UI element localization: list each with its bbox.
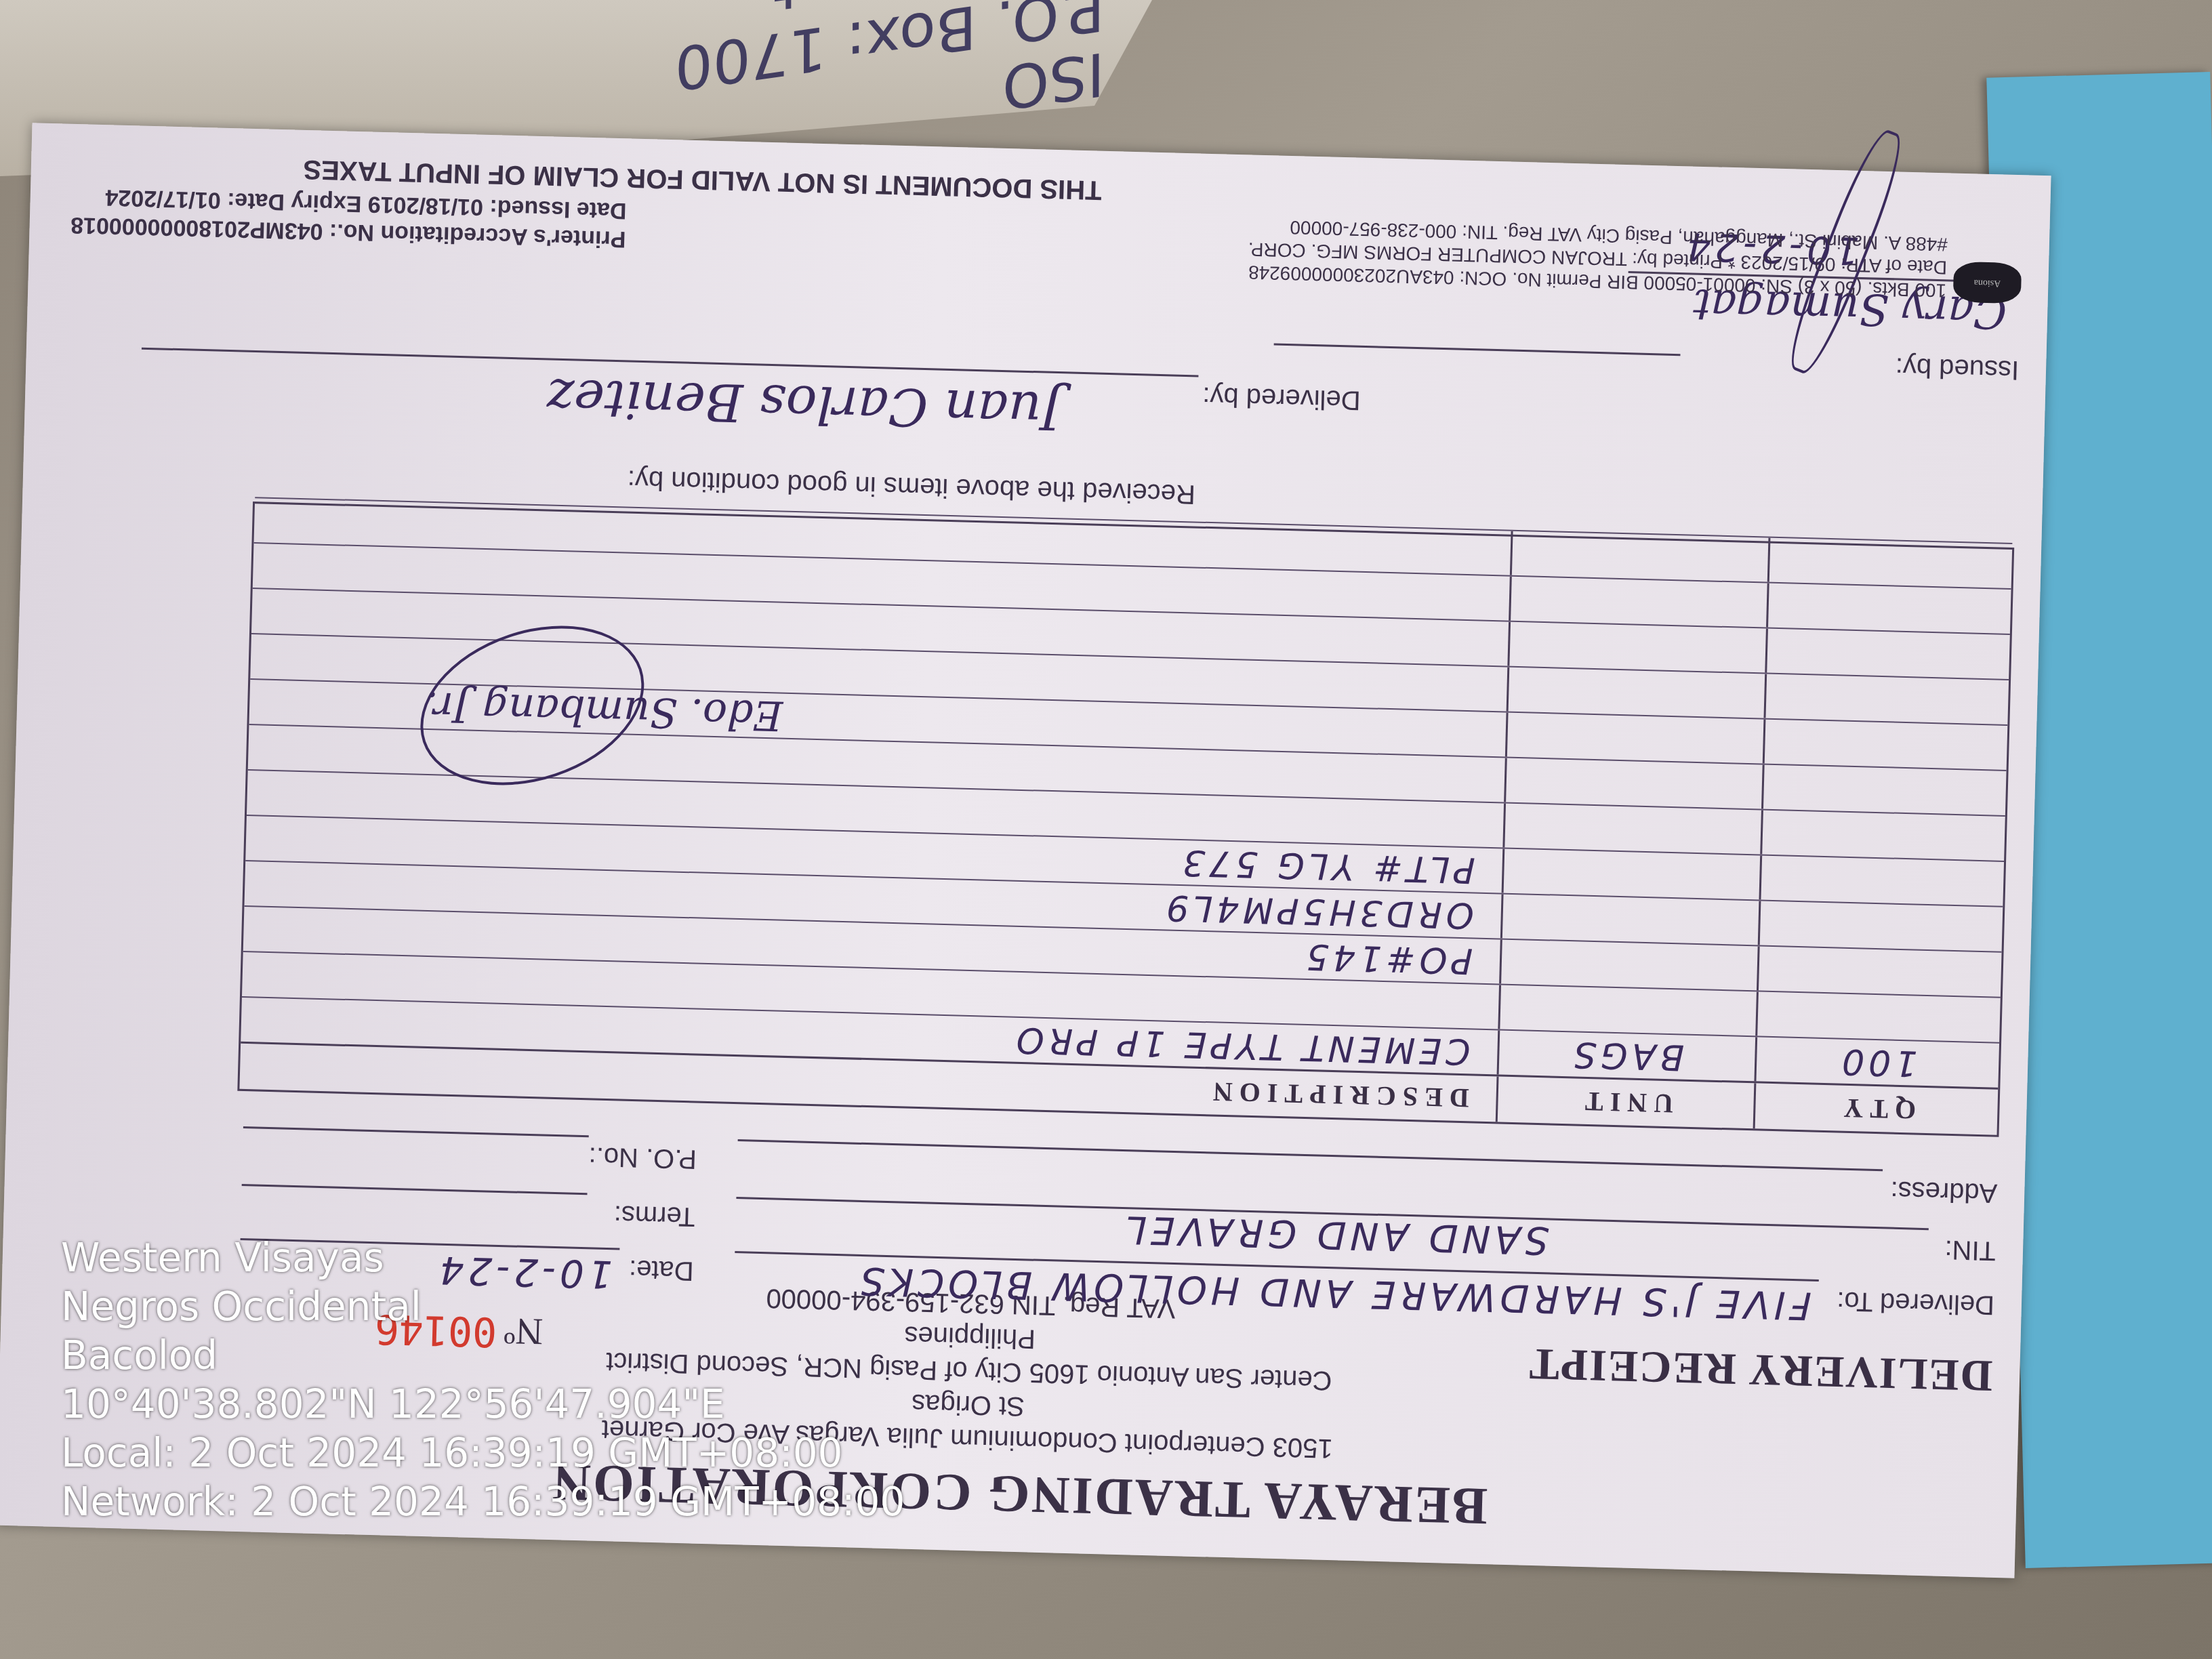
delivered-by-label: Delivered by: bbox=[1202, 381, 1361, 415]
description-cell-text: PO#145 bbox=[1302, 936, 1473, 981]
qty-cell bbox=[1758, 901, 2003, 951]
items-table: QTY UNIT DESCRIPTION 100BAGSCEMENT TYPE … bbox=[237, 501, 2014, 1137]
qty-cell bbox=[1755, 991, 2001, 1042]
overlay-coordinates: 10°40'38.802"N 122°56'47.904"E bbox=[61, 1380, 1017, 1429]
unit-cell bbox=[1502, 849, 1761, 900]
po-line bbox=[243, 1126, 589, 1137]
overlay-local-time: Local: 2 Oct 2024 16:39:19 GMT+08:00 bbox=[61, 1429, 1017, 1477]
qty-cell bbox=[1767, 538, 2013, 588]
qty-cell bbox=[1759, 855, 2004, 905]
overlay-region: Western Visayas bbox=[61, 1233, 1017, 1282]
overlay-network-time: Network: 2 Oct 2024 16:39:19 GMT+08:00 bbox=[61, 1477, 1017, 1526]
qty-cell bbox=[1760, 810, 2005, 860]
qty-cell bbox=[1761, 765, 2007, 815]
tin-label: TIN: bbox=[1944, 1234, 1996, 1266]
qty-cell: 100 bbox=[1754, 1037, 1999, 1087]
received-by-name: Juan Carlos Benitez bbox=[546, 367, 1063, 441]
qty-cell bbox=[1763, 674, 2009, 724]
address-label: Address: bbox=[1890, 1175, 1998, 1208]
qty-cell bbox=[1765, 629, 2010, 679]
qty-cell bbox=[1763, 720, 2008, 770]
unit-cell bbox=[1507, 622, 1766, 673]
unit-cell bbox=[1510, 531, 1769, 582]
header-qty: QTY bbox=[1753, 1083, 1999, 1134]
overlay-province: Negros Occidental bbox=[61, 1282, 1017, 1331]
delivered-to-continued: SAND AND GRAVEL bbox=[1121, 1207, 1549, 1262]
qty-cell-text: 100 bbox=[1837, 1041, 1918, 1084]
accreditation-info: Printer's Accreditation No.: 043MP201800… bbox=[70, 182, 627, 253]
terms-label: Terms: bbox=[613, 1199, 695, 1231]
description-cell-text: ORD3H5PM4L9 bbox=[1162, 887, 1474, 936]
unit-cell bbox=[1502, 804, 1761, 855]
header-unit: UNIT bbox=[1496, 1076, 1755, 1128]
overlay-city: Bacolod bbox=[61, 1331, 1017, 1380]
document-title: DELIVERY RECEIPT bbox=[1528, 1338, 1993, 1401]
unit-cell bbox=[1500, 894, 1759, 945]
unit-cell bbox=[1498, 985, 1757, 1036]
terms-line bbox=[242, 1184, 588, 1195]
issued-by-label: Issued by: bbox=[1895, 351, 2019, 385]
unit-cell bbox=[1499, 939, 1758, 990]
unit-cell bbox=[1505, 713, 1764, 764]
unit-cell: BAGS bbox=[1497, 1030, 1756, 1081]
qty-cell bbox=[1766, 583, 2011, 634]
address-line-field bbox=[738, 1139, 1883, 1171]
printer-logo: Asiona bbox=[1953, 262, 2022, 304]
qty-cell bbox=[1757, 946, 2002, 996]
delivered-to-label: Delivered To: bbox=[1837, 1286, 1995, 1320]
unit-cell-text: BAGS bbox=[1570, 1034, 1685, 1078]
received-by-label: Received the above items in good conditi… bbox=[627, 464, 1195, 510]
unit-cell bbox=[1507, 668, 1765, 718]
unit-cell bbox=[1509, 577, 1767, 628]
delivered-by-line bbox=[1274, 343, 1681, 356]
description-cell-text: PLT# YLG 573 bbox=[1178, 842, 1475, 890]
camera-overlay: Western Visayas Negros Occidental Bacolo… bbox=[61, 1233, 1017, 1526]
unit-cell bbox=[1504, 758, 1763, 809]
po-label: P.O. No.: bbox=[588, 1141, 697, 1174]
